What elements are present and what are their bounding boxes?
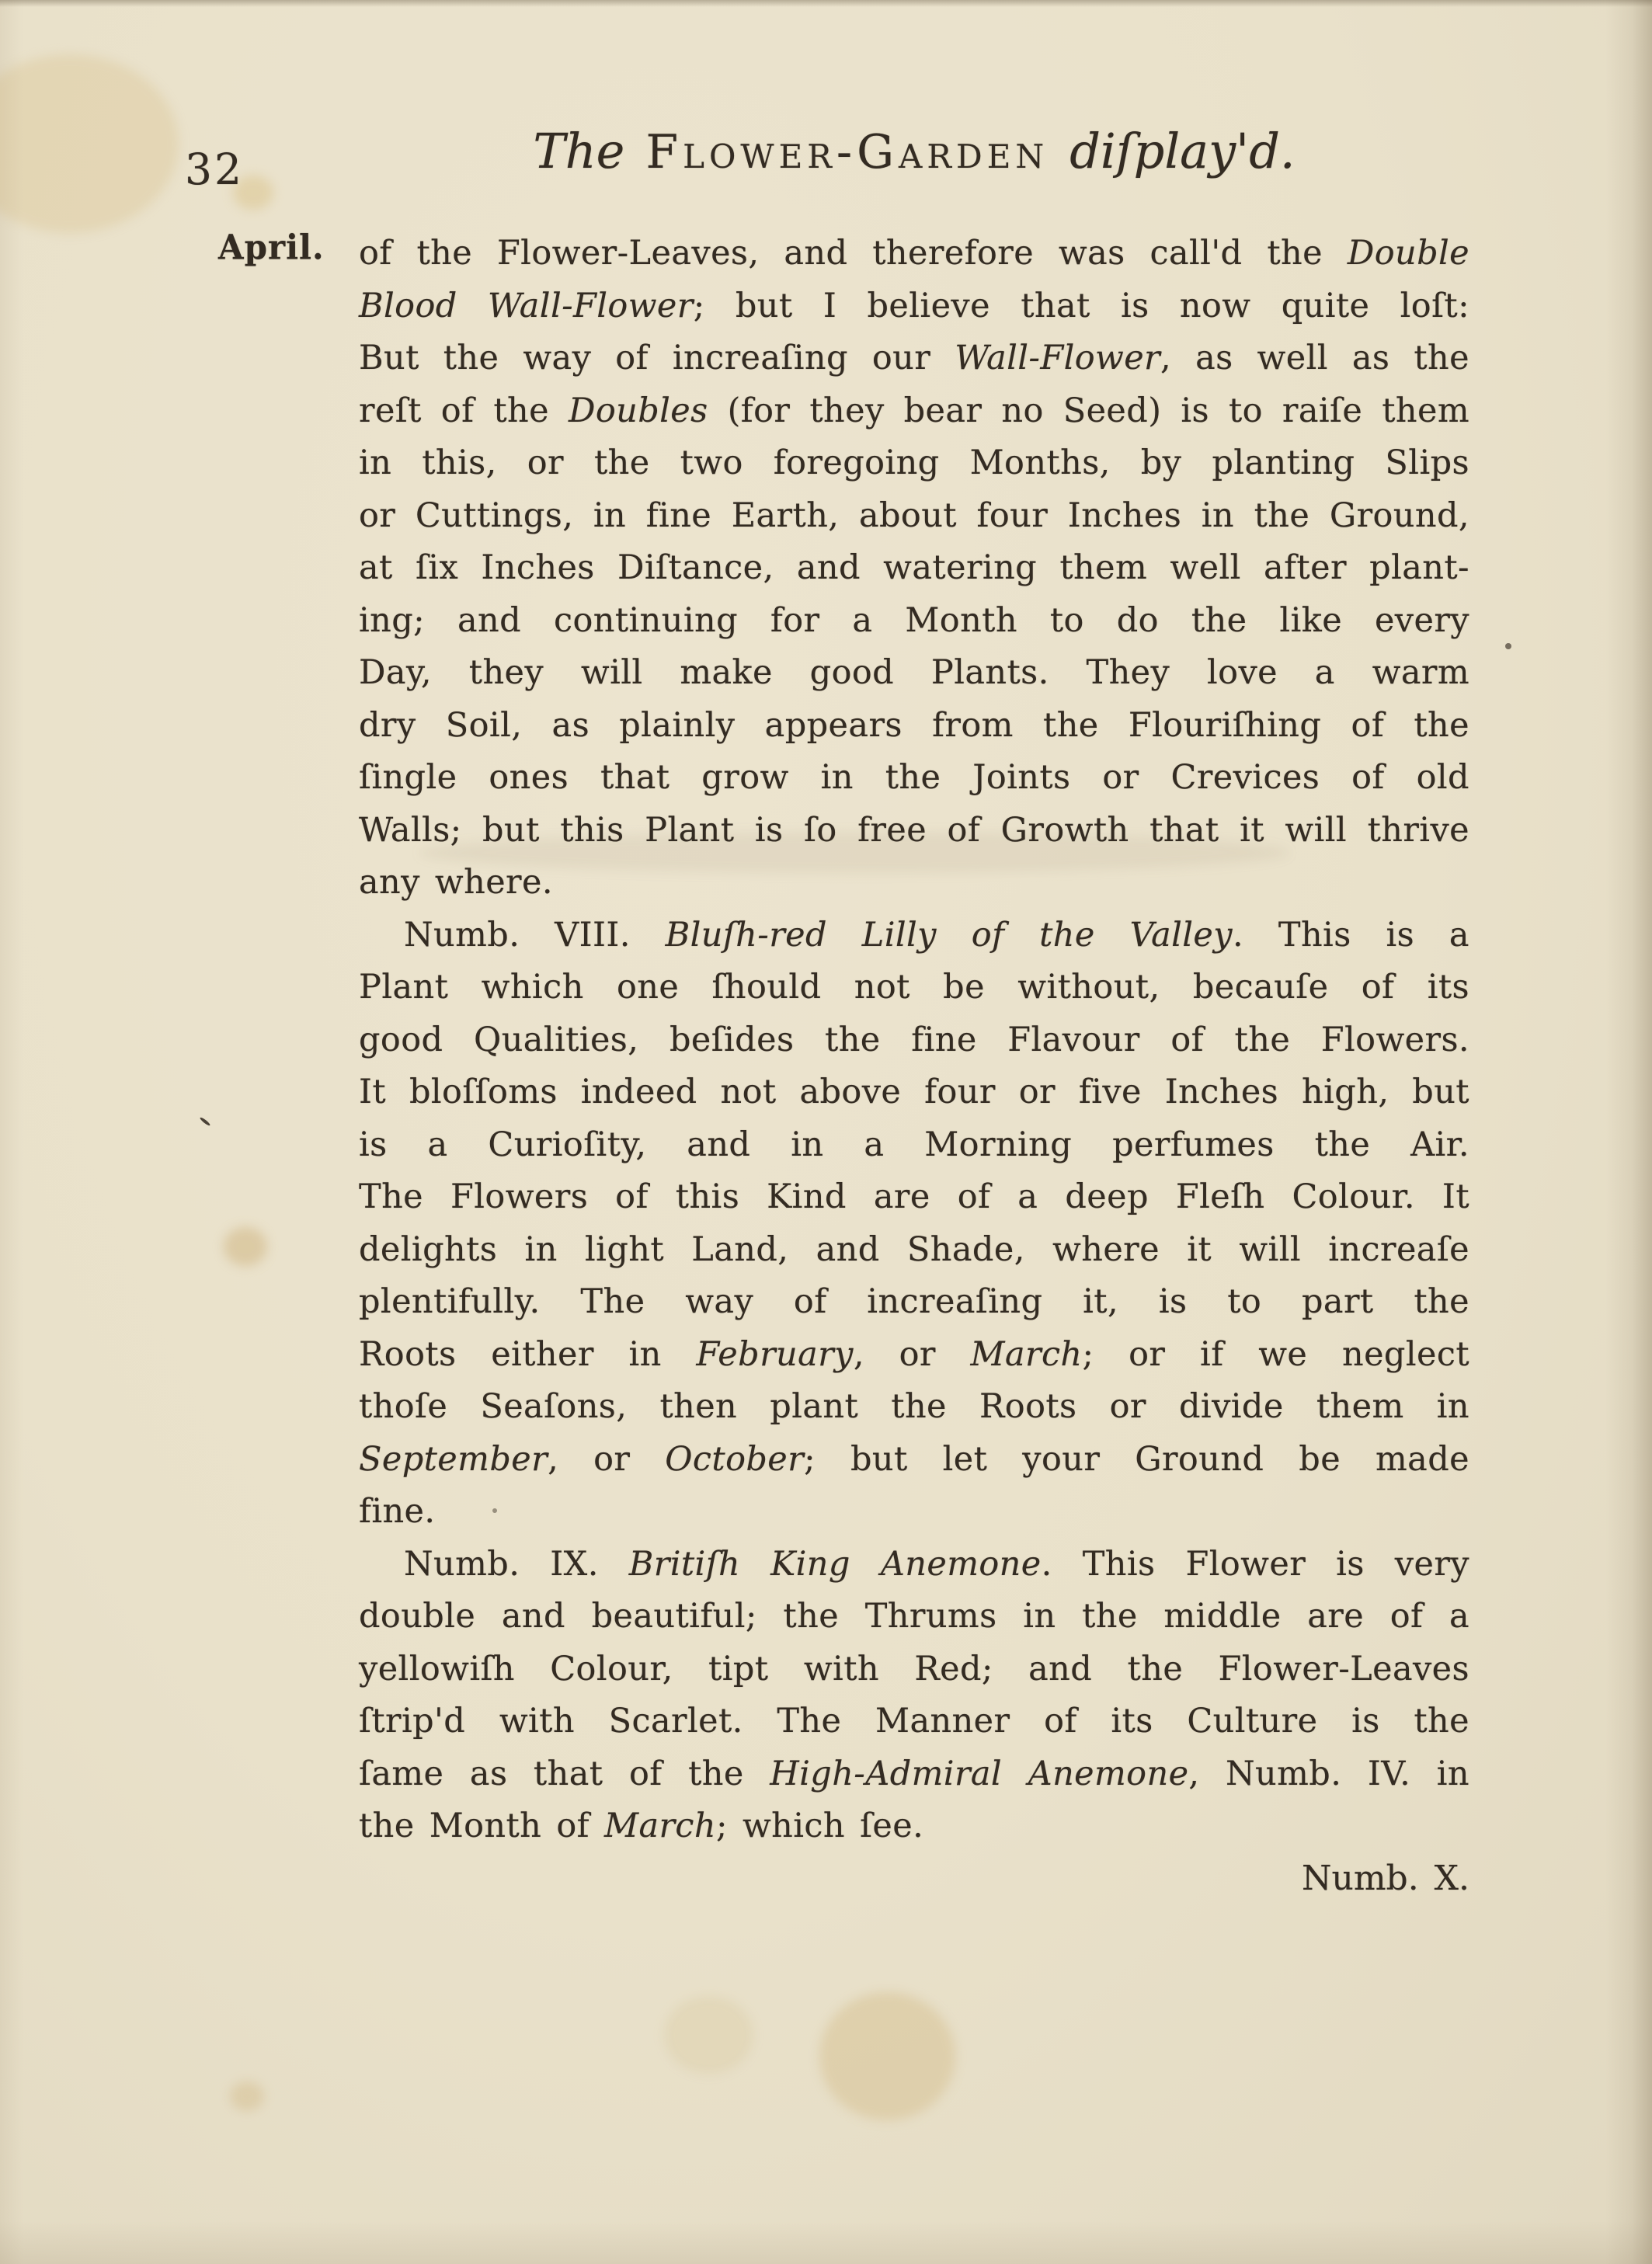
header-displayd: diſplay'd. (1069, 123, 1295, 179)
text-line: September, or October; but let your Grou… (359, 1434, 1469, 1487)
margin-note-month: April. (218, 228, 325, 267)
text-line: ſtrip'd with Scarlet. The Manner of its … (359, 1695, 1469, 1748)
paper-stain (224, 1227, 267, 1266)
text-line: delights in light Land, and Shade, where… (359, 1224, 1469, 1277)
text-line: Day, they will make good Plants. They lo… (359, 647, 1469, 700)
text-line: ſame as that of the High-Admiral Anemone… (359, 1748, 1469, 1801)
text-line: Numb. IX. Britiſh King Anemone. This Flo… (359, 1539, 1469, 1591)
text-line: double and beautiful; the Thrums in the … (359, 1591, 1469, 1643)
text-line: Plant which one ſhould not be without, b… (359, 962, 1469, 1014)
text-line: reſt of the Doubles (for they bear no Se… (359, 385, 1469, 438)
text-line: fine. (359, 1486, 1469, 1539)
text-line: or Cuttings, in fine Earth, about four I… (359, 490, 1469, 543)
text-line: ſingle ones that grow in the Joints or C… (359, 752, 1469, 805)
book-page: 32 The Flower-Garden diſplay'd. April. o… (0, 0, 1652, 2264)
text-line: ing; and continuing for a Month to do th… (359, 595, 1469, 648)
text-line: Walls; but this Plant is ſo free of Grow… (359, 805, 1469, 857)
text-line: plentifully. The way of increaſing it, i… (359, 1276, 1469, 1329)
header-title: Flower-Garden (645, 125, 1049, 179)
text-line: in this, or the two foregoing Months, by… (359, 437, 1469, 490)
paper-stain (230, 2081, 264, 2111)
text-line: is a Curioſity, and in a Morning perfume… (359, 1119, 1469, 1172)
paper-stain (0, 54, 179, 233)
text-line: thoſe Seaſons, then plant the Roots or d… (359, 1381, 1469, 1434)
ink-speck (1505, 643, 1511, 649)
text-line: yellowiſh Colour, tipt with Red; and the… (359, 1643, 1469, 1696)
body-text: of the Flower-Leaves, and therefore was … (359, 228, 1469, 1853)
text-line: Roots either in February, or March; or i… (359, 1329, 1469, 1382)
text-line: But the way of increaſing our Wall-Flowe… (359, 332, 1469, 385)
text-line: It bloſſoms indeed not above four or fiv… (359, 1066, 1469, 1119)
text-line: dry Soil, as plainly appears from the Fl… (359, 700, 1469, 753)
text-line: Numb. VIII. Bluſh-red Lilly of the Valle… (359, 909, 1469, 962)
text-line: the Month of March; which ſee. (359, 1800, 1469, 1853)
text-line: good Qualities, beſides the fine Flavour… (359, 1014, 1469, 1067)
header-the: The (533, 123, 624, 179)
ink-speck (199, 1116, 210, 1126)
text-line: The Flowers of this Kind are of a deep F… (359, 1171, 1469, 1224)
catchword: Numb. X. (359, 1859, 1469, 1898)
paper-stain (664, 1996, 753, 2074)
text-line: any where. (359, 857, 1469, 909)
running-header: The Flower-Garden diſplay'd. (359, 123, 1469, 179)
text-line: at ſix Inches Diſtance, and watering the… (359, 542, 1469, 595)
paper-stain (819, 1992, 955, 2120)
page-number: 32 (185, 144, 244, 194)
text-line: of the Flower-Leaves, and therefore was … (359, 228, 1469, 280)
text-line: Blood Wall-Flower; but I believe that is… (359, 280, 1469, 333)
